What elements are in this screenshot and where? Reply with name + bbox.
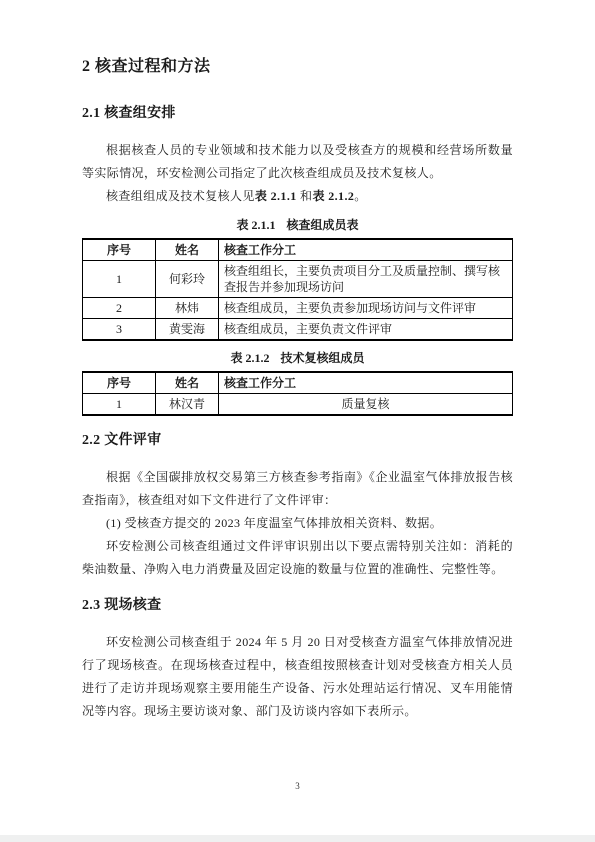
table-caption-title: 技术复核组成员 xyxy=(281,351,365,365)
header-cell-no: 序号 xyxy=(83,372,156,394)
section-2-1-heading: 2.1 核查组安排 xyxy=(82,104,513,123)
table-row: 3 黄雯海 核查组成员，主要负责文件评审 xyxy=(83,319,513,341)
section-2-1-body: 根据核查人员的专业领域和技术能力以及受核查方的规模和经营场所数量等实际情况，环安… xyxy=(82,139,513,208)
table-ref-2-1-1: 表 2.1.1 xyxy=(255,189,297,203)
page-content: 2 核查过程和方法 2.1 核查组安排 根据核查人员的专业领域和技术能力以及受核… xyxy=(0,0,595,723)
cell-name: 林汉青 xyxy=(156,394,219,416)
header-cell-name: 姓名 xyxy=(156,372,219,394)
table-caption-label: 表 2.1.2 xyxy=(230,351,269,365)
cell-name: 黄雯海 xyxy=(156,319,219,341)
table-2-1-1-caption: 表 2.1.1核查组成员表 xyxy=(82,217,513,234)
header-cell-duty: 核查工作分工 xyxy=(219,239,513,261)
table-header: 序号 姓名 核查工作分工 xyxy=(83,239,513,261)
section-2-3-body: 环安检测公司核查组于 2024 年 5 月 20 日对受核查方温室气体排放情况进… xyxy=(82,631,513,723)
cell-no: 3 xyxy=(83,319,156,341)
cell-duty: 质量复核 xyxy=(219,394,513,416)
paragraph: 环安检测公司核查组于 2024 年 5 月 20 日对受核查方温室气体排放情况进… xyxy=(82,631,513,723)
chapter-heading: 2 核查过程和方法 xyxy=(82,56,513,78)
section-2-3-heading: 2.3 现场核查 xyxy=(82,596,513,615)
table-body: 1 何彩玲 核查组组长，主要负责项目分工及质量控制、撰写核查报告并参加现场访问 … xyxy=(83,261,513,341)
paragraph-table-refs: 核查组组成及技术复核人见表 2.1.1 和表 2.1.2。 xyxy=(82,185,513,208)
cell-duty: 核查组组长，主要负责项目分工及质量控制、撰写核查报告并参加现场访问 xyxy=(219,261,513,298)
cell-no: 1 xyxy=(83,394,156,416)
table-row: 1 何彩玲 核查组组长，主要负责项目分工及质量控制、撰写核查报告并参加现场访问 xyxy=(83,261,513,298)
cell-name: 何彩玲 xyxy=(156,261,219,298)
table-header: 序号 姓名 核查工作分工 xyxy=(83,372,513,394)
page-number: 3 xyxy=(0,781,595,791)
text-run: 和 xyxy=(297,189,313,203)
table-body: 1 林汉青 质量复核 xyxy=(83,394,513,416)
section-2-2-heading: 2.2 文件评审 xyxy=(82,431,513,450)
document-page: 2 核查过程和方法 2.1 核查组安排 根据核查人员的专业领域和技术能力以及受核… xyxy=(0,0,595,842)
table-caption-title: 核查组成员表 xyxy=(287,218,359,232)
cell-name: 林炜 xyxy=(156,298,219,319)
technical-review-table: 序号 姓名 核查工作分工 1 林汉青 质量复核 xyxy=(82,371,513,416)
table-row: 2 林炜 核查组成员，主要负责参加现场访问与文件评审 xyxy=(83,298,513,319)
paragraph: 根据核查人员的专业领域和技术能力以及受核查方的规模和经营场所数量等实际情况，环安… xyxy=(82,139,513,185)
section-2-2-body: 根据《全国碳排放权交易第三方核查参考指南》《企业温室气体排放报告核查指南》，核查… xyxy=(82,466,513,581)
table-ref-2-1-2: 表 2.1.2 xyxy=(312,189,354,203)
text-run: 核查组组成及技术复核人见 xyxy=(106,189,255,203)
cell-duty: 核查组成员，主要负责参加现场访问与文件评审 xyxy=(219,298,513,319)
paragraph: 根据《全国碳排放权交易第三方核查参考指南》《企业温室气体排放报告核查指南》，核查… xyxy=(82,466,513,512)
table-header-row: 序号 姓名 核查工作分工 xyxy=(83,372,513,394)
paragraph-list-item: (1) 受核查方提交的 2023 年度温室气体排放相关资料、数据。 xyxy=(82,512,513,535)
header-cell-name: 姓名 xyxy=(156,239,219,261)
cell-no: 2 xyxy=(83,298,156,319)
table-row: 1 林汉青 质量复核 xyxy=(83,394,513,416)
cell-duty: 核查组成员，主要负责文件评审 xyxy=(219,319,513,341)
verification-team-table: 序号 姓名 核查工作分工 1 何彩玲 核查组组长，主要负责项目分工及质量控制、撰… xyxy=(82,238,513,341)
viewer-background-strip xyxy=(0,835,595,842)
table-header-row: 序号 姓名 核查工作分工 xyxy=(83,239,513,261)
table-2-1-2-caption: 表 2.1.2技术复核组成员 xyxy=(82,350,513,367)
header-cell-duty: 核查工作分工 xyxy=(219,372,513,394)
paragraph: 环安检测公司核查组通过文件评审识别出以下要点需特别关注如：消耗的柴油数量、净购入… xyxy=(82,535,513,581)
header-cell-no: 序号 xyxy=(83,239,156,261)
cell-no: 1 xyxy=(83,261,156,298)
table-caption-label: 表 2.1.1 xyxy=(236,218,275,232)
text-run: 。 xyxy=(354,189,366,203)
